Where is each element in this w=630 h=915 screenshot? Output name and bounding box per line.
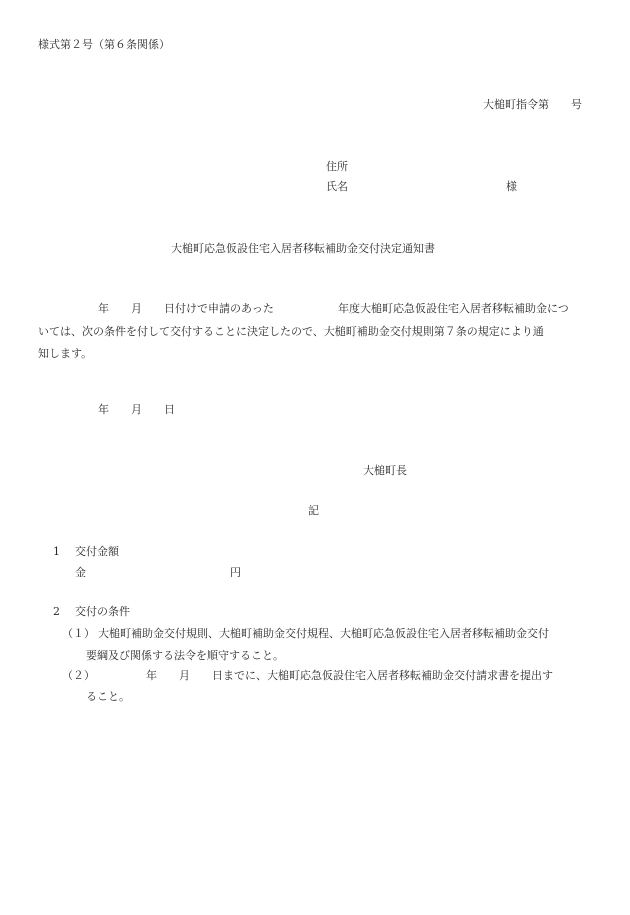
amount-prefix: 金	[75, 566, 86, 580]
condition2-line2: ること。	[86, 690, 130, 704]
condition1-label: （１）	[62, 627, 95, 641]
directive-number: 大槌町指令第 号	[483, 98, 582, 112]
item1-heading: 交付金額	[75, 545, 119, 559]
body-line2: いては、次の条件を付して交付することに決定したので、大槌町補助金交付規則第７条の…	[38, 325, 544, 339]
condition1-line2: 要綱及び関係する法令を順守すること。	[86, 649, 284, 663]
condition2-label: （２）	[62, 669, 95, 683]
body-line3: 知します。	[38, 347, 92, 361]
amount-suffix: 円	[230, 566, 241, 580]
honorific: 様	[506, 180, 517, 194]
name-label: 氏名	[326, 180, 348, 194]
document-title: 大槌町応急仮設住宅入居者移転補助金交付決定通知書	[171, 242, 435, 256]
notification-document: 様式第２号（第６条関係） 大槌町指令第 号 住所 氏名 様 大槌町応急仮設住宅入…	[0, 0, 630, 915]
condition1-line1: 大槌町補助金交付規則、大槌町補助金交付規程、大槌町応急仮設住宅入居者移転補助金交…	[98, 627, 549, 641]
form-label: 様式第２号（第６条関係）	[38, 38, 170, 52]
item2-number: 2	[53, 605, 60, 619]
ki-heading: 記	[308, 504, 319, 518]
address-label: 住所	[326, 160, 348, 174]
item2-heading: 交付の条件	[75, 605, 130, 619]
body-line1-date: 年 月 日付けで申請のあった	[98, 302, 274, 316]
issue-date: 年 月 日	[98, 403, 175, 417]
body-line1-rest: 年度大槌町応急仮設住宅入居者移転補助金につ	[338, 302, 569, 316]
condition2-line1: 年 月 日までに、大槌町応急仮設住宅入居者移転補助金交付請求書を提出す	[146, 669, 553, 683]
issuer: 大槌町長	[363, 464, 407, 478]
item1-number: 1	[53, 545, 60, 559]
